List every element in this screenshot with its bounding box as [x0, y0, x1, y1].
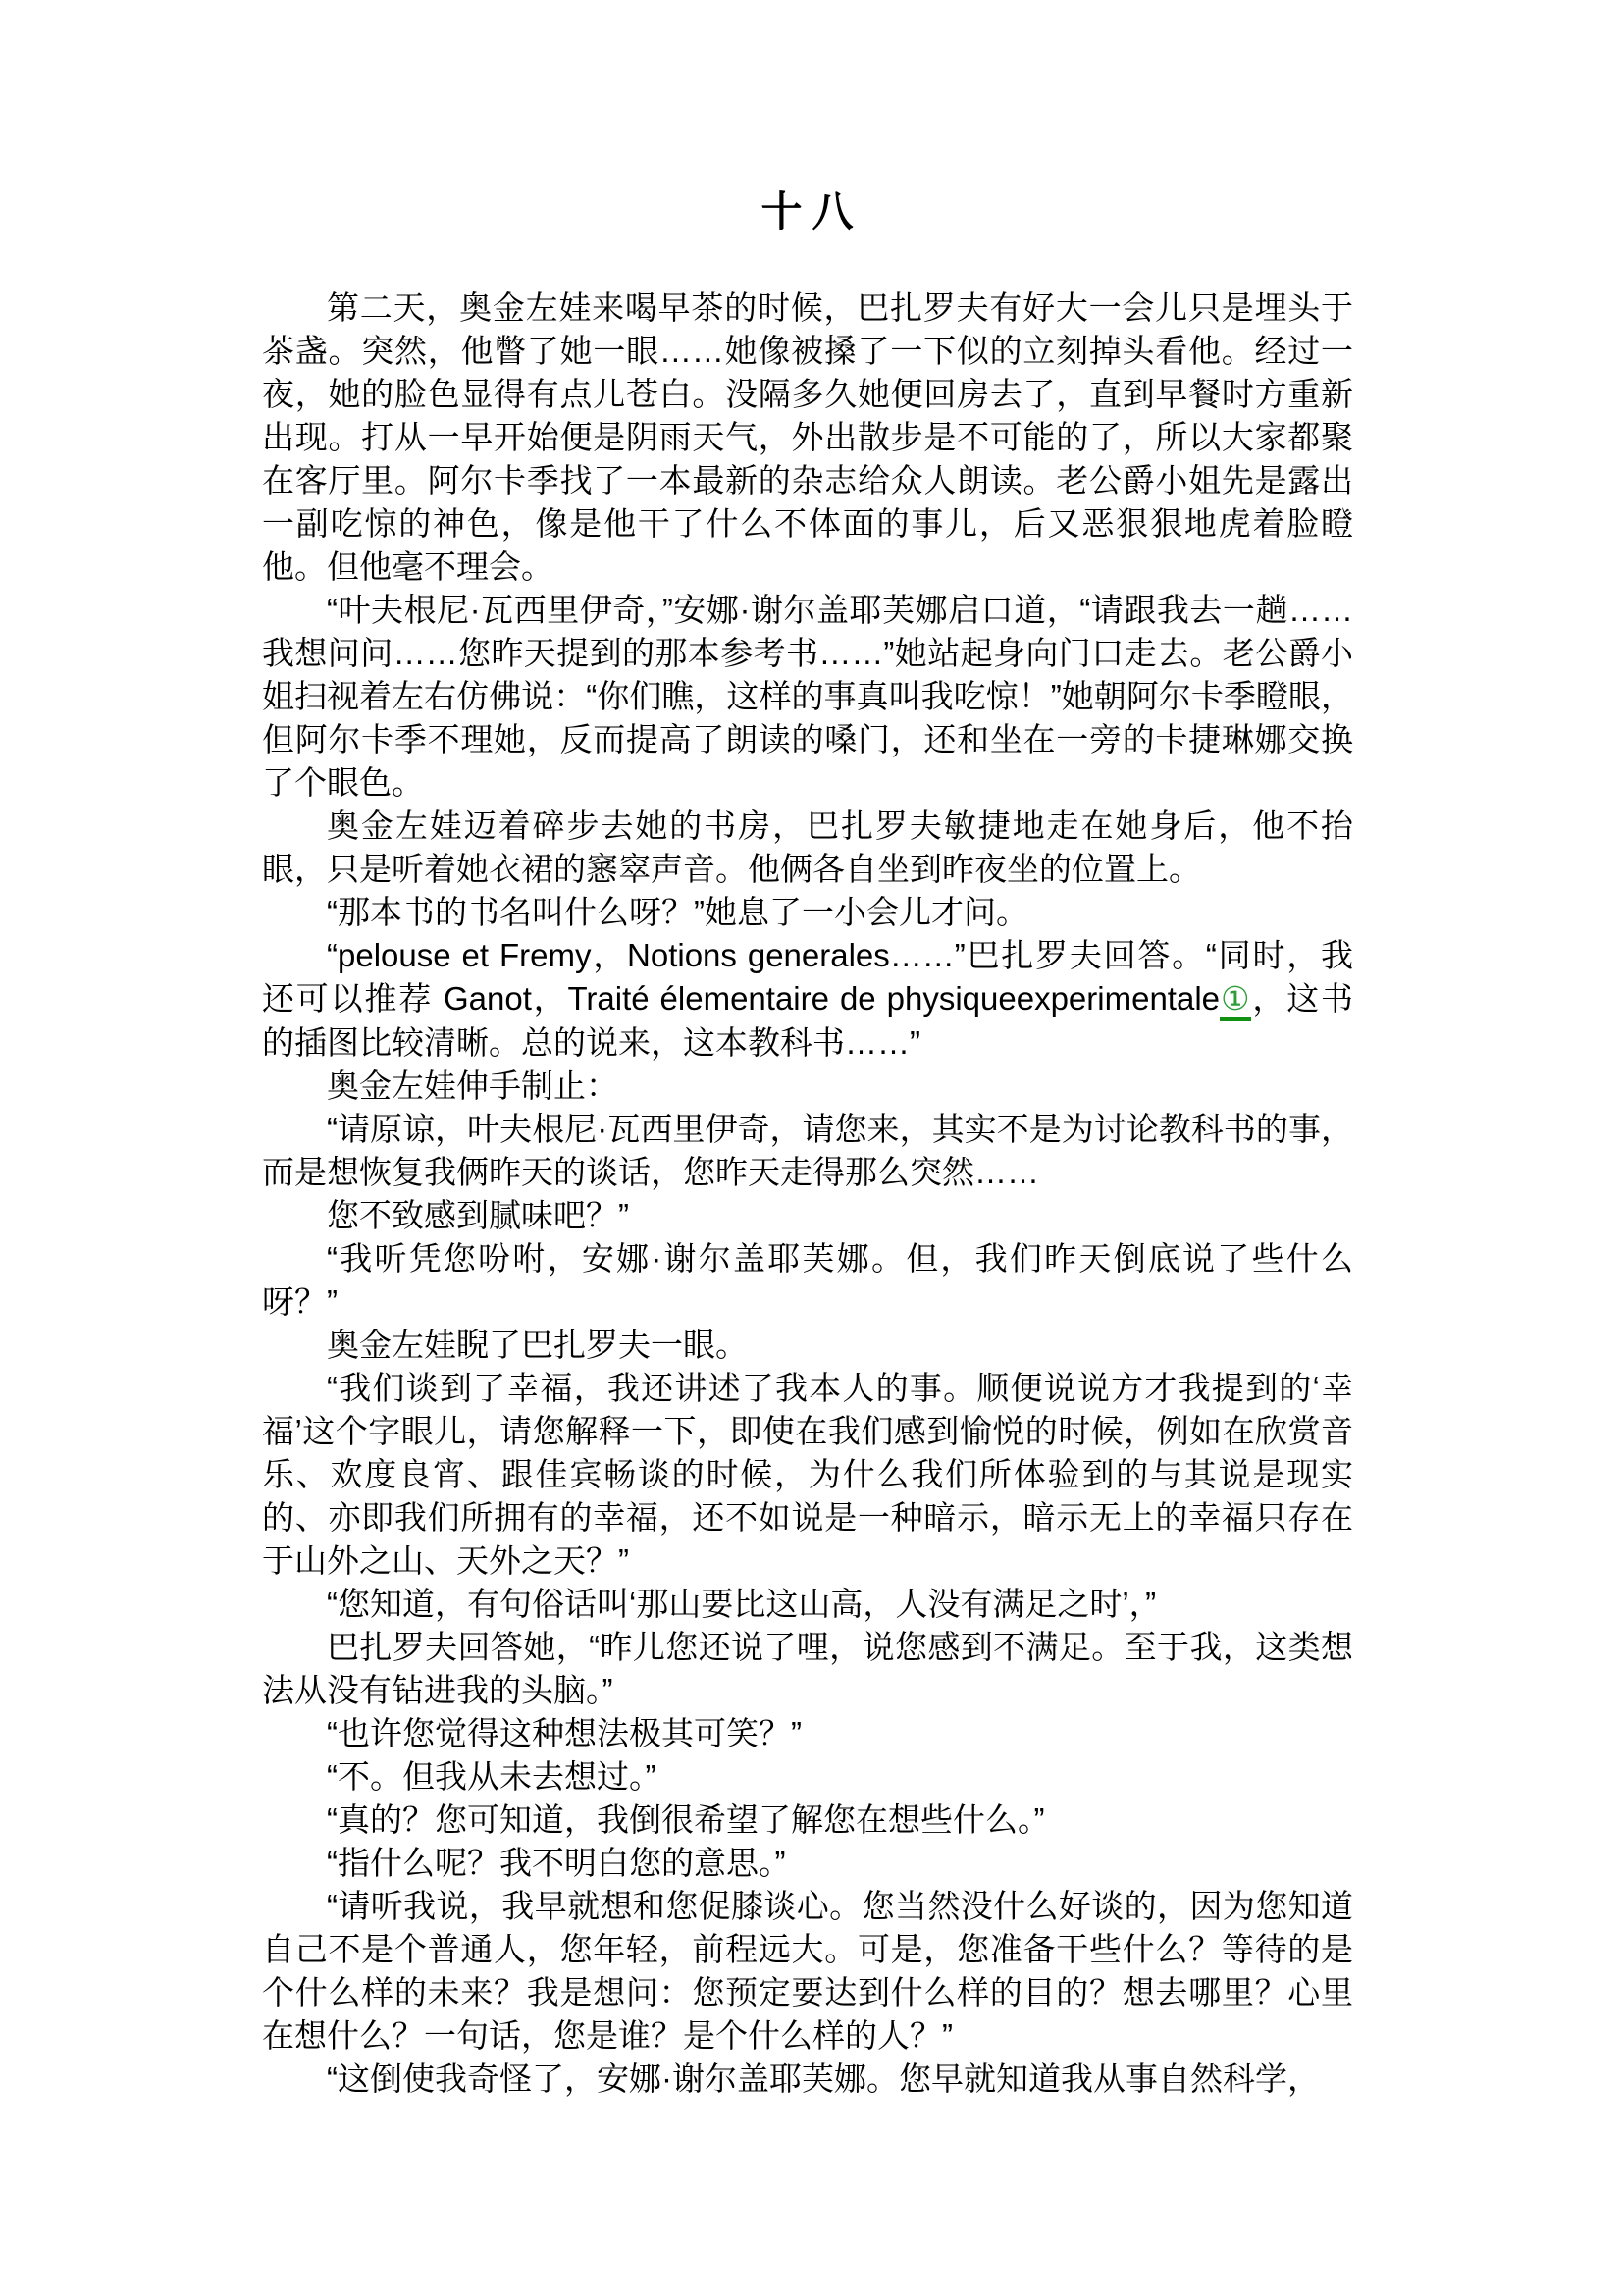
text-segment: “您知道，有句俗话叫‘那山要比这山高，人没有满足之时’，” [327, 1586, 1156, 1622]
text-segment: “我们谈到了幸福，我还讲述了我本人的事。顺便说说方才我提到的‘幸福’这个字眼儿，… [262, 1370, 1353, 1579]
text-segment: “pelouse et Fremy，Notions generales……”巴扎… [262, 937, 1353, 1017]
text-segment: “不。但我从未去想过。” [327, 1758, 655, 1795]
text-segment: “这倒使我奇怪了，安娜·谢尔盖耶芙娜。您早就知道我从事自然科学， [327, 2060, 1320, 2097]
paragraph: “您知道，有句俗话叫‘那山要比这山高，人没有满足之时’，” [262, 1583, 1353, 1626]
paragraph: 您不致感到腻味吧？” [262, 1194, 1353, 1237]
paragraph: 巴扎罗夫回答她，“昨儿您还说了哩，说您感到不满足。至于我，这类想法从没有钻进我的… [262, 1626, 1353, 1712]
paragraph: “pelouse et Fremy，Notions generales……”巴扎… [262, 934, 1353, 1065]
paragraph: 奥金左娃睨了巴扎罗夫一眼。 [262, 1324, 1353, 1367]
text-segment: “也许您觉得这种想法极其可笑？” [327, 1715, 802, 1751]
text-segment: 您不致感到腻味吧？” [327, 1197, 629, 1233]
paragraph: “请听我说，我早就想和您促膝谈心。您当然没什么好谈的，因为您知道自己不是个普通人… [262, 1885, 1353, 2058]
chapter-title: 十八 [0, 186, 1624, 237]
paragraph: “真的？您可知道，我倒很希望了解您在想些什么。” [262, 1799, 1353, 1842]
paragraph: “叶夫根尼·瓦西里伊奇，”安娜·谢尔盖耶芙娜启口道，“请跟我去一趟……我想问问…… [262, 589, 1353, 805]
footnote-marker[interactable]: ① [1220, 981, 1251, 1021]
text-segment: “请原谅，叶夫根尼·瓦西里伊奇，请您来，其实不是为讨论教科书的事，而是想恢复我俩… [262, 1111, 1353, 1190]
text-segment: “真的？您可知道，我倒很希望了解您在想些什么。” [327, 1801, 1044, 1838]
text-segment: 第二天，奥金左娃来喝早茶的时候，巴扎罗夫有好大一会儿只是埋头于茶盏。突然，他瞥了… [262, 289, 1353, 585]
paragraph: 第二天，奥金左娃来喝早茶的时候，巴扎罗夫有好大一会儿只是埋头于茶盏。突然，他瞥了… [262, 287, 1353, 589]
paragraph: 奥金左娃伸手制止： [262, 1065, 1353, 1108]
paragraph: 奥金左娃迈着碎步去她的书房，巴扎罗夫敏捷地走在她身后，他不抬眼，只是听着她衣裙的… [262, 805, 1353, 891]
text-segment: 奥金左娃迈着碎步去她的书房，巴扎罗夫敏捷地走在她身后，他不抬眼，只是听着她衣裙的… [262, 808, 1353, 887]
paragraph: “也许您觉得这种想法极其可笑？” [262, 1712, 1353, 1755]
text-segment: 奥金左娃睨了巴扎罗夫一眼。 [327, 1327, 748, 1363]
page-body: 第二天，奥金左娃来喝早茶的时候，巴扎罗夫有好大一会儿只是埋头于茶盏。突然，他瞥了… [262, 287, 1353, 2101]
paragraph: “那本书的书名叫什么呀？”她息了一小会儿才问。 [262, 891, 1353, 934]
paragraph: “请原谅，叶夫根尼·瓦西里伊奇，请您来，其实不是为讨论教科书的事，而是想恢复我俩… [262, 1108, 1353, 1194]
paragraph: “这倒使我奇怪了，安娜·谢尔盖耶芙娜。您早就知道我从事自然科学， [262, 2058, 1353, 2101]
paragraph: “指什么呢？我不明白您的意思。” [262, 1842, 1353, 1885]
book-page: 十八 第二天，奥金左娃来喝早茶的时候，巴扎罗夫有好大一会儿只是埋头于茶盏。突然，… [0, 0, 1624, 2294]
text-segment: “请听我说，我早就想和您促膝谈心。您当然没什么好谈的，因为您知道自己不是个普通人… [262, 1888, 1353, 2054]
paragraph: “不。但我从未去想过。” [262, 1755, 1353, 1799]
text-segment: “叶夫根尼·瓦西里伊奇，”安娜·谢尔盖耶芙娜启口道，“请跟我去一趟……我想问问…… [262, 592, 1353, 801]
text-segment: “那本书的书名叫什么呀？”她息了一小会儿才问。 [327, 894, 1028, 930]
text-segment: “指什么呢？我不明白您的意思。” [327, 1845, 785, 1881]
text-segment: “我听凭您吩咐，安娜·谢尔盖耶芙娜。但，我们昨天倒底说了些什么呀？” [262, 1240, 1353, 1320]
text-segment: 巴扎罗夫回答她，“昨儿您还说了哩，说您感到不满足。至于我，这类想法从没有钻进我的… [262, 1629, 1353, 1708]
paragraph: “我听凭您吩咐，安娜·谢尔盖耶芙娜。但，我们昨天倒底说了些什么呀？” [262, 1237, 1353, 1324]
text-segment: 奥金左娃伸手制止： [327, 1068, 618, 1104]
paragraph: “我们谈到了幸福，我还讲述了我本人的事。顺便说说方才我提到的‘幸福’这个字眼儿，… [262, 1367, 1353, 1583]
